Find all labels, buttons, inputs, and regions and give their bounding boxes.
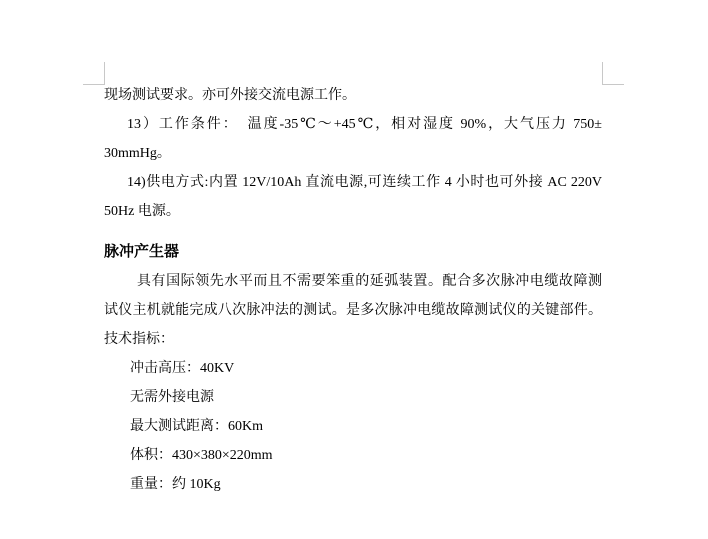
spec-line-volume: 体积：430×380×220mm bbox=[104, 441, 602, 470]
text-line-work-conditions-1: 13）工作条件： 温度-35℃～+45℃，相对湿度 90%，大气压力 750± bbox=[104, 110, 602, 139]
text-line-work-conditions-2: 30mmHg。 bbox=[104, 139, 602, 168]
spec-line-impulse-voltage: 冲击高压：40KV bbox=[104, 354, 602, 383]
text-line-power-supply-1: 14)供电方式:内置 12V/10Ah 直流电源,可连续工作 4 小时也可外接 … bbox=[104, 168, 602, 197]
spec-line-weight: 重量：约 10Kg bbox=[104, 470, 602, 499]
text-line-description-1: 具有国际领先水平而且不需要笨重的延弧装置。配合多次脉冲电缆故障测 bbox=[104, 267, 602, 296]
document-page: 现场测试要求。亦可外接交流电源工作。 13）工作条件： 温度-35℃～+45℃，… bbox=[0, 0, 708, 539]
text-line-description-2: 试仪主机就能完成八次脉冲法的测试。是多次脉冲电缆故障测试仪的关键部件。 bbox=[104, 296, 602, 325]
spec-line-no-external-power: 无需外接电源 bbox=[104, 383, 602, 412]
text-boundary-mark-top-right bbox=[602, 62, 624, 85]
text-boundary-mark-top-left bbox=[83, 62, 105, 85]
heading-pulse-generator: 脉冲产生器 bbox=[104, 238, 602, 267]
text-line-power-supply-2: 50Hz 电源。 bbox=[104, 197, 602, 226]
text-line-trailing-paragraph: 现场测试要求。亦可外接交流电源工作。 bbox=[104, 81, 602, 110]
document-body: 现场测试要求。亦可外接交流电源工作。 13）工作条件： 温度-35℃～+45℃，… bbox=[104, 81, 602, 499]
spec-line-max-test-distance: 最大测试距离：60Km bbox=[104, 412, 602, 441]
text-line-specs-label: 技术指标： bbox=[104, 325, 602, 354]
